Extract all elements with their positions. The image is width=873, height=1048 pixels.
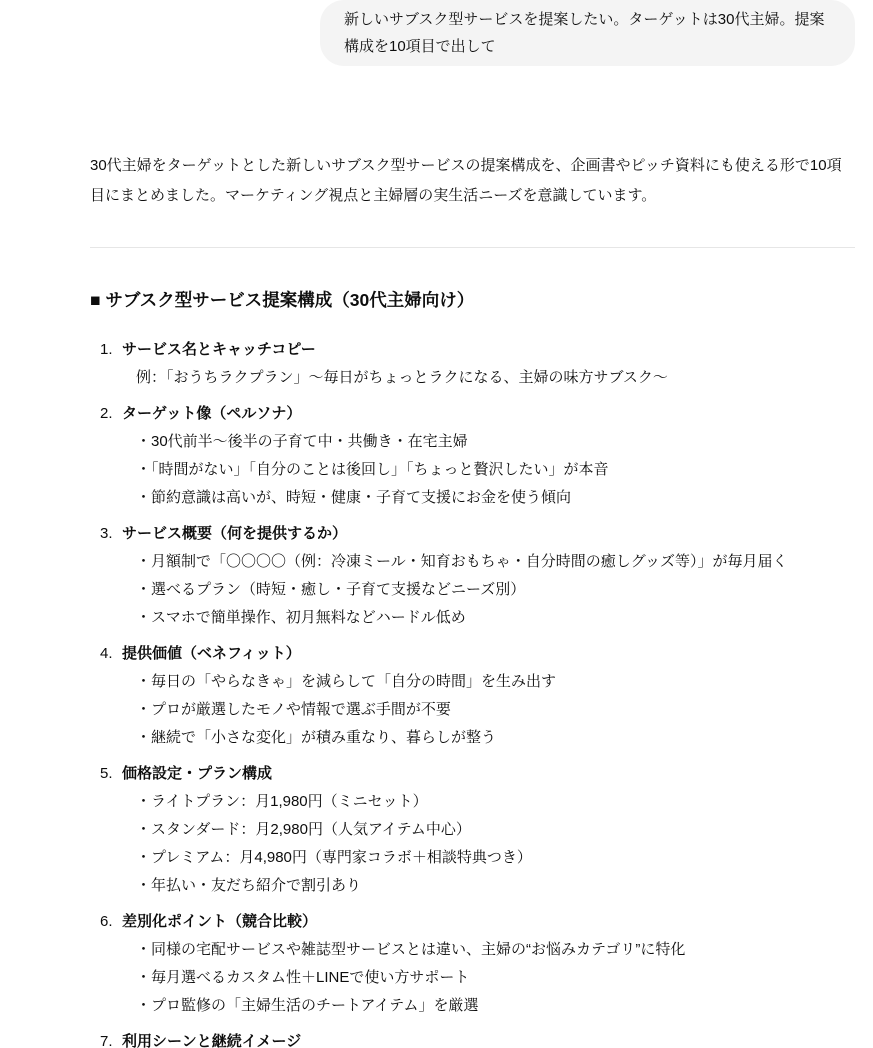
proposal-item: 3.サービス概要（何を提供するか）・月額制で「〇〇〇〇（例：冷凍ミール・知育おも…: [90, 520, 855, 632]
proposal-item-line: ・毎日の「やらなきゃ」を減らして「自分の時間」を生み出す: [90, 668, 855, 696]
proposal-item-line: ・毎月選べるカスタム性＋LINEで使い方サポート: [90, 964, 855, 992]
user-message-row: 新しいサブスク型サービスを提案したい。ターゲットは30代主婦。提案構成を10項目…: [0, 0, 873, 66]
proposal-item-title: サービス概要（何を提供するか）: [122, 525, 347, 542]
proposal-item-number: 5.: [100, 760, 122, 788]
proposal-item-line: ・選べるプラン（時短・癒し・子育て支援などニーズ別）: [90, 576, 855, 604]
proposal-item: 6.差別化ポイント（競合比較）・同様の宅配サービスや雑誌型サービスとは違い、主婦…: [90, 908, 855, 1020]
proposal-item-number: 4.: [100, 640, 122, 668]
proposal-item-title: サービス名とキャッチコピー: [122, 341, 316, 358]
user-message-text: 新しいサブスク型サービスを提案したい。ターゲットは30代主婦。提案構成を10項目…: [344, 11, 825, 55]
proposal-item: 4.提供価値（ベネフィット）・毎日の「やらなきゃ」を減らして「自分の時間」を生み…: [90, 640, 855, 752]
proposal-item-line: ・節約意識は高いが、時短・健康・子育て支援にお金を使う傾向: [90, 484, 855, 512]
proposal-item: 5.価格設定・プラン構成・ライトプラン：月1,980円（ミニセット）・スタンダー…: [90, 760, 855, 900]
proposal-item-line: ・スマホで簡単操作、初月無料などハードル低め: [90, 604, 855, 632]
proposal-item-number: 1.: [100, 336, 122, 364]
proposal-item-number: 6.: [100, 908, 122, 936]
proposal-item-line: 例：「おうちラクプラン」～毎日がちょっとラクになる、主婦の味方サブスク～: [90, 364, 855, 392]
proposal-item-head: 5.価格設定・プラン構成: [90, 760, 855, 788]
proposal-item-line: ・年払い・友だち紹介で割引あり: [90, 872, 855, 900]
proposal-item: 1.サービス名とキャッチコピー例：「おうちラクプラン」～毎日がちょっとラクになる…: [90, 336, 855, 392]
proposal-item-line: ・30代前半～後半の子育て中・共働き・在宅主婦: [90, 428, 855, 456]
section-divider: [90, 247, 855, 248]
proposal-item-line: ・プロが厳選したモノや情報で選ぶ手間が不要: [90, 696, 855, 724]
proposal-item-head: 1.サービス名とキャッチコピー: [90, 336, 855, 364]
proposal-item-title: 提供価値（ベネフィット）: [122, 645, 301, 662]
assistant-intro-paragraph: 30代主婦をターゲットとした新しいサブスク型サービスの提案構成を、企画書やピッチ…: [90, 151, 855, 211]
proposal-item-head: 2.ターゲット像（ペルソナ）: [90, 400, 855, 428]
proposal-item-line: ・プレミアム：月4,980円（専門家コラボ＋相談特典つき）: [90, 844, 855, 872]
assistant-response: 30代主婦をターゲットとした新しいサブスク型サービスの提案構成を、企画書やピッチ…: [0, 151, 873, 1048]
proposal-item: 7.利用シーンと継続イメージ: [90, 1028, 855, 1048]
proposal-item-line: ・月額制で「〇〇〇〇（例：冷凍ミール・知育おもちゃ・自分時間の癒しグッズ等）」が…: [90, 548, 855, 576]
proposal-item-number: 7.: [100, 1028, 122, 1048]
proposal-item-line: ・「時間がない」「自分のことは後回し」「ちょっと贅沢したい」が本音: [90, 456, 855, 484]
proposal-item: 2.ターゲット像（ペルソナ）・30代前半～後半の子育て中・共働き・在宅主婦・「時…: [90, 400, 855, 512]
proposal-item-line: ・プロ監修の「主婦生活のチートアイテム」を厳選: [90, 992, 855, 1020]
proposal-item-line: ・同様の宅配サービスや雑誌型サービスとは違い、主婦の“お悩みカテゴリ”に特化: [90, 936, 855, 964]
proposal-list: 1.サービス名とキャッチコピー例：「おうちラクプラン」～毎日がちょっとラクになる…: [90, 336, 855, 1048]
section-heading: ■ サブスク型サービス提案構成（30代主婦向け）: [90, 288, 855, 312]
proposal-item-head: 7.利用シーンと継続イメージ: [90, 1028, 855, 1048]
proposal-item-title: 差別化ポイント（競合比較）: [122, 913, 317, 930]
proposal-item-line: ・スタンダード：月2,980円（人気アイテム中心）: [90, 816, 855, 844]
proposal-item-head: 3.サービス概要（何を提供するか）: [90, 520, 855, 548]
proposal-item-line: ・ライトプラン：月1,980円（ミニセット）: [90, 788, 855, 816]
proposal-item-head: 4.提供価値（ベネフィット）: [90, 640, 855, 668]
proposal-item-line: ・継続で「小さな変化」が積み重なり、暮らしが整う: [90, 724, 855, 752]
proposal-item-head: 6.差別化ポイント（競合比較）: [90, 908, 855, 936]
proposal-item-title: 価格設定・プラン構成: [122, 765, 272, 782]
proposal-item-title: 利用シーンと継続イメージ: [122, 1033, 301, 1048]
proposal-item-number: 3.: [100, 520, 122, 548]
proposal-item-number: 2.: [100, 400, 122, 428]
user-message-bubble: 新しいサブスク型サービスを提案したい。ターゲットは30代主婦。提案構成を10項目…: [320, 0, 855, 66]
proposal-item-title: ターゲット像（ペルソナ）: [122, 405, 301, 422]
chat-page: 新しいサブスク型サービスを提案したい。ターゲットは30代主婦。提案構成を10項目…: [0, 0, 873, 1048]
